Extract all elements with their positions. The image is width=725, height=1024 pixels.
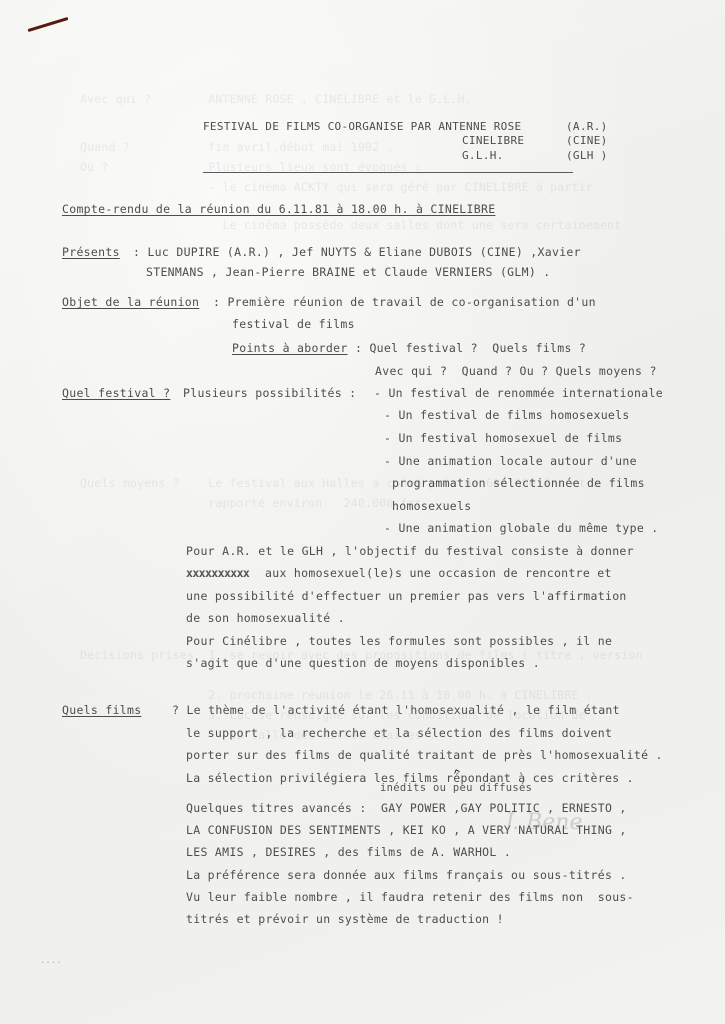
document-page: Avec qui ? ANTENNE ROSE , CINELIBRE et l… [0, 0, 725, 1024]
presents-label: Présents [62, 245, 120, 259]
presents-line-1: : Luc DUPIRE (A.R.) , Jef NUYTS & Eliane… [133, 245, 581, 259]
films-line: Vu leur faible nombre , il faudra reteni… [186, 890, 634, 904]
festival-option: - Une animation globale du même type . [384, 521, 659, 535]
objective-line-2: aux homosexuel(le)s une occasion de renc… [265, 566, 612, 580]
points-label: Points à aborder [232, 341, 348, 355]
objective-line-1: Pour A.R. et le GLH , l'objectif du fest… [186, 544, 634, 558]
header-underline [203, 172, 573, 173]
films-line: le support , la recherche et la sélectio… [186, 726, 612, 740]
organizer-abbr-cine: (CINE) [566, 134, 608, 148]
objet-line-1: : Première réunion de travail de co-orga… [213, 295, 596, 309]
objet-label: Objet de la réunion [62, 295, 199, 309]
organizer-glh: G.L.H. [462, 149, 504, 163]
footer-dots: .... [40, 956, 62, 966]
films-line: LES AMIS , DESIRES , des films de A. WAR… [186, 845, 511, 859]
bleed-through-line: 2. prochaine réunion le 26.11 à 18.00 h.… [80, 688, 593, 702]
cinelibre-line-1: Pour Cinélibre , toutes les formules son… [186, 634, 612, 648]
bleed-through-line: - le cinéma ACKTY qui sera géré par CINE… [80, 180, 593, 194]
films-line: ? Le thème de l'activité étant l'homosex… [172, 703, 620, 717]
objective-line-4: de son homosexualité . [186, 611, 345, 625]
bleed-through-line: Le cinéma possède deux salles dont une s… [80, 218, 621, 232]
signature: J. Bene [505, 810, 582, 835]
bleed-through-line: Quand ? fin avril,début mai 1982 . [80, 140, 393, 154]
struck-text: xxxxxxxxxx [186, 566, 249, 580]
quels-films-label: Quels films [62, 703, 141, 717]
films-line: titrés et prévoir un système de traducti… [186, 912, 504, 926]
festival-option: - Un festival homosexuel de films [384, 431, 622, 445]
films-line: porter sur des films de qualité traitant… [186, 748, 663, 762]
objet-line-2: festival de films [232, 317, 355, 331]
films-line: La préférence sera donnée aux films fran… [186, 868, 627, 882]
report-heading: Compte-rendu de la réunion du 6.11.81 à … [62, 202, 495, 216]
handwritten-insert: inédits ou peu diffusés [380, 782, 532, 794]
quel-festival-label: Quel festival ? [62, 386, 170, 400]
header-title: FESTIVAL DE FILMS CO-ORGANISE PAR ANTENN… [203, 120, 521, 134]
presents-line-2: STENMANS , Jean-Pierre BRAINE et Claude … [146, 265, 551, 279]
points-line-1: : Quel festival ? Quels films ? [355, 341, 586, 355]
organizer-cinelibre: CINELIBRE [462, 134, 524, 148]
bleed-through-line: rapporté environ 240.000 frs . [80, 496, 436, 510]
cinelibre-line-2: s'agit que d'une question de moyens disp… [186, 656, 540, 670]
objective-line-3: une possibilité d'effectuer un premier p… [186, 589, 627, 603]
festival-option: programmation sélectionnée de films [392, 476, 645, 490]
organizer-abbr-glh: (GLH ) [566, 149, 608, 163]
bleed-through-line: Avec qui ? ANTENNE ROSE , CINELIBRE et l… [80, 92, 472, 106]
organizer-abbr-ar: (A.R.) [566, 120, 608, 134]
festival-option: - Une animation locale autour d'une [384, 454, 637, 468]
points-line-2: Avec qui ? Quand ? Ou ? Quels moyens ? [375, 364, 657, 378]
festival-option: - Un festival de renommée internationale [374, 386, 663, 400]
festival-option: homosexuels [392, 499, 471, 513]
festival-option: - Un festival de films homosexuels [384, 408, 630, 422]
pen-mark-icon [27, 17, 68, 32]
quel-festival-intro: Plusieurs possibilités : [183, 386, 356, 400]
